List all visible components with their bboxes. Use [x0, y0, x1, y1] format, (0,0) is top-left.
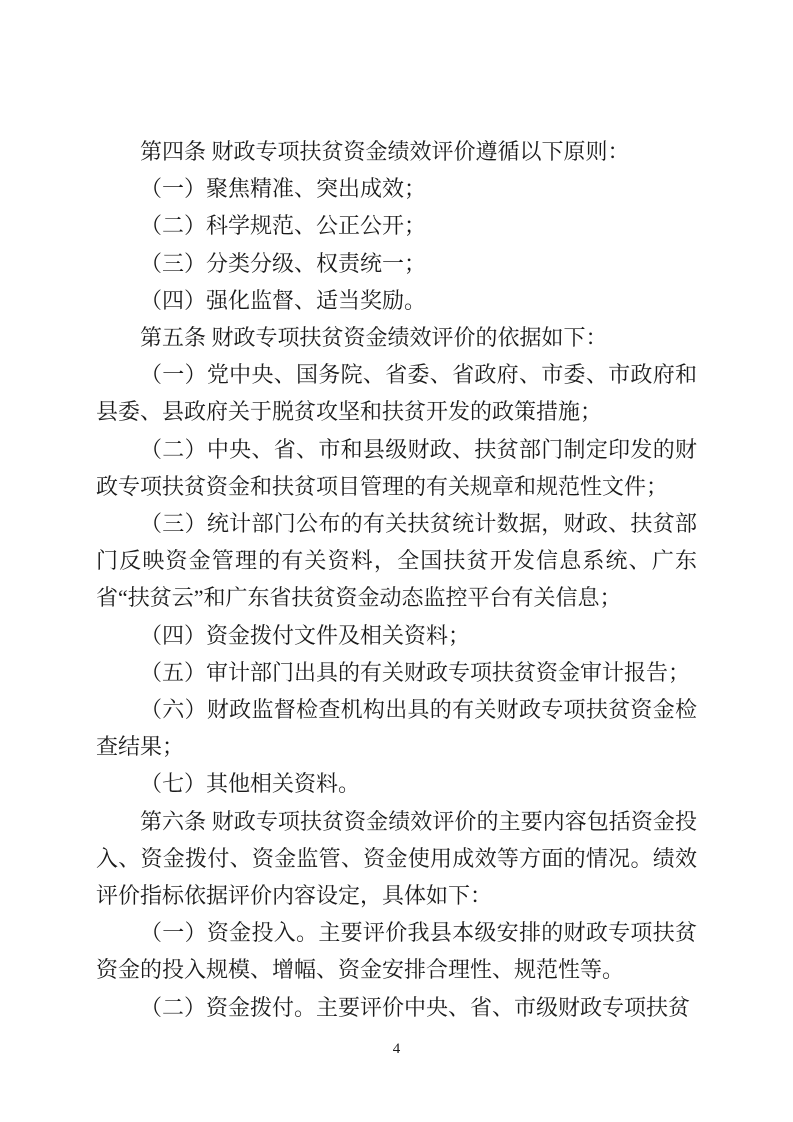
list-item-paragraph: （三）统计部门公布的有关扶贫统计数据，财政、扶贫部门反映资金管理的有关资料，全国…: [96, 505, 697, 617]
article-paragraph: 第五条 财政专项扶贫资金绩效评价的依据如下：: [96, 319, 697, 356]
list-item-paragraph: （三）分类分级、权责统一；: [96, 245, 697, 282]
list-item-paragraph: （二）中央、省、市和县级财政、扶贫部门制定印发的财政专项扶贫资金和扶贫项目管理的…: [96, 431, 697, 505]
list-item-paragraph: （一）聚焦精准、突出成效；: [96, 170, 697, 207]
list-item-paragraph: （四）强化监督、适当奖励。: [96, 282, 697, 319]
list-item-paragraph: （二）资金拨付。主要评价中央、省、市级财政专项扶贫: [96, 989, 697, 1026]
list-item-paragraph: （一）资金投入。主要评价我县本级安排的财政专项扶贫资金的投入规模、增幅、资金安排…: [96, 914, 697, 988]
list-item-paragraph: （二）科学规范、公正公开；: [96, 207, 697, 244]
article-paragraph: 第六条 财政专项扶贫资金绩效评价的主要内容包括资金投入、资金拨付、资金监管、资金…: [96, 803, 697, 915]
list-item-paragraph: （七）其他相关资料。: [96, 765, 697, 802]
article-paragraph: 第四条 财政专项扶贫资金绩效评价遵循以下原则：: [96, 133, 697, 170]
list-item-paragraph: （五）审计部门出具的有关财政专项扶贫资金审计报告；: [96, 654, 697, 691]
list-item-paragraph: （六）财政监督检查机构出具的有关财政专项扶贫资金检查结果；: [96, 691, 697, 765]
list-item-paragraph: （一）党中央、国务院、省委、省政府、市委、市政府和县委、县政府关于脱贫攻坚和扶贫…: [96, 356, 697, 430]
page-number: 4: [0, 1039, 793, 1059]
document-page: 第四条 财政专项扶贫资金绩效评价遵循以下原则： （一）聚焦精准、突出成效； （二…: [0, 0, 793, 1122]
list-item-paragraph: （四）资金拨付文件及相关资料；: [96, 617, 697, 654]
document-body: 第四条 财政专项扶贫资金绩效评价遵循以下原则： （一）聚焦精准、突出成效； （二…: [96, 133, 697, 1026]
